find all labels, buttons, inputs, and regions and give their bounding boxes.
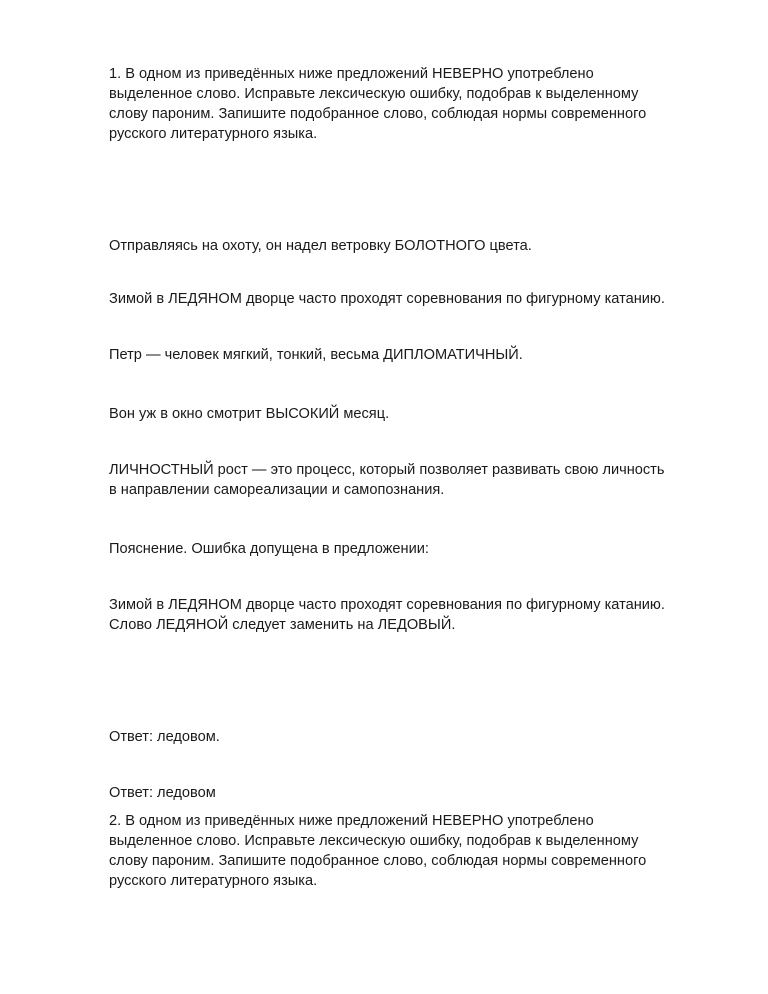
sentence-1: Отправляясь на охоту, он надел ветровку … [109,236,709,256]
explanation-body: Зимой в ЛЕДЯНОМ дворце часто проходят со… [109,595,709,635]
task-2-prompt: 2. В одном из приведённых ниже предложен… [109,811,709,891]
answer-text-1: Ответ: ледовом. [109,727,709,747]
task-1-prompt: 1. В одном из приведённых ниже предложен… [109,64,709,144]
explanation-heading: Пояснение. Ошибка допущена в предложении… [109,539,709,559]
answer-text-2: Ответ: ледовом [109,783,709,803]
sentence-5: ЛИЧНОСТНЫЙ рост — это процесс, который п… [109,460,709,500]
sentence-4: Вон уж в окно смотрит ВЫСОКИЙ месяц. [109,404,709,424]
sentence-2: Зимой в ЛЕДЯНОМ дворце часто проходят со… [109,289,709,309]
sentence-3: Петр — человек мягкий, тонкий, весьма ДИ… [109,345,709,365]
